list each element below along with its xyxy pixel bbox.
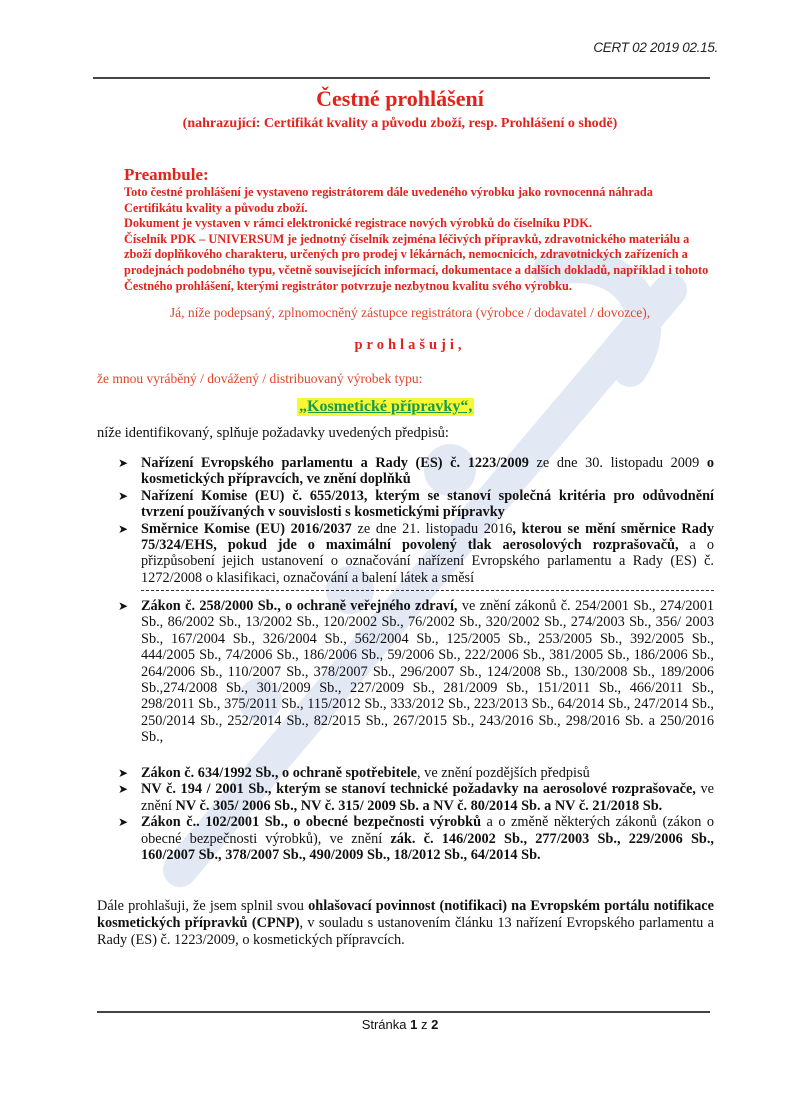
regulation-title: Nařízení Evropského parlamentu a Rady (E… bbox=[141, 455, 529, 471]
regulation-title: Zákon č. 634/1992 Sb., o ochraně spotřeb… bbox=[141, 765, 417, 781]
document-code: CERT 02 2019 02.15. bbox=[593, 40, 718, 55]
regulations-list-public-health: ➤Zákon č. 258/2000 Sb., o ochraně veřejn… bbox=[118, 598, 714, 746]
document-title: Čestné prohlášení bbox=[0, 86, 800, 112]
dashed-separator bbox=[141, 590, 714, 591]
regulation-item: ➤Nařízení Evropského parlamentu a Rady (… bbox=[118, 455, 714, 488]
page-label: Stránka bbox=[362, 1017, 410, 1032]
regulation-item: ➤Směrnice Komise (EU) 2016/2037 ze dne 2… bbox=[118, 521, 714, 587]
regulation-title: NV č. 305/ 2006 Sb., NV č. 315/ 2009 Sb.… bbox=[176, 798, 663, 814]
product-type: „Kosmetické přípravky“, bbox=[297, 398, 474, 416]
regulation-detail: ze dne 30. listopadu 2009 bbox=[529, 455, 707, 471]
signatory-line: Já, níže podepsaný, zplnomocněný zástupc… bbox=[0, 305, 800, 321]
regulation-item: ➤Zákon č. 258/2000 Sb., o ochraně veřejn… bbox=[118, 598, 714, 746]
arrow-right-icon: ➤ bbox=[118, 598, 128, 614]
preamble-paragraph: Dokument je vystaven v rámci elektronick… bbox=[124, 216, 714, 232]
preamble-paragraph: Toto čestné prohlášení je vystaveno regi… bbox=[124, 185, 714, 216]
footer-rule bbox=[97, 1011, 710, 1013]
cpnp-declaration: Dále prohlašuji, že jsem splnil svou ohl… bbox=[97, 898, 714, 949]
cpnp-text: Dále prohlašuji, že jsem splnil svou bbox=[97, 898, 308, 914]
regulation-title: NV č. 194 / 2001 Sb., kterým se stanoví … bbox=[141, 781, 696, 797]
regulation-detail: ve znění zákonů č. 254/2001 Sb., 274/200… bbox=[141, 598, 714, 745]
arrow-right-icon: ➤ bbox=[118, 455, 128, 471]
regulation-title: Nařízení Komise (EU) č. 655/2013, kterým… bbox=[141, 488, 714, 520]
page-of: z bbox=[417, 1017, 431, 1032]
product-origin-line: že mnou vyráběný / dovážený / distribuov… bbox=[97, 371, 422, 387]
regulation-title: Směrnice Komise (EU) 2016/2037 bbox=[141, 521, 352, 537]
arrow-right-icon: ➤ bbox=[118, 814, 128, 830]
regulation-title: Zákon č.. 102/2001 Sb., o obecné bezpečn… bbox=[141, 814, 481, 830]
preamble-text: Toto čestné prohlášení je vystaveno regi… bbox=[124, 185, 714, 294]
arrow-right-icon: ➤ bbox=[118, 765, 128, 781]
preamble-heading: Preambule: bbox=[124, 165, 209, 185]
regulations-list-eu: ➤Nařízení Evropského parlamentu a Rady (… bbox=[118, 455, 714, 586]
header-rule bbox=[93, 77, 710, 79]
page-number: Stránka 1 z 2 bbox=[0, 1017, 800, 1032]
preamble-paragraph: Číselník PDK – UNIVERSUM je jednotný čís… bbox=[124, 232, 714, 294]
regulations-list-consumer: ➤Zákon č. 634/1992 Sb., o ochraně spotře… bbox=[118, 765, 714, 863]
requirements-intro: níže identifikovaný, splňuje požadavky u… bbox=[97, 425, 449, 442]
regulation-item: ➤Zákon č.. 102/2001 Sb., o obecné bezpeč… bbox=[118, 814, 714, 863]
regulation-title: Zákon č. 258/2000 Sb., o ochraně veřejné… bbox=[141, 598, 458, 614]
document-subtitle: (nahrazující: Certifikát kvality a původ… bbox=[0, 116, 800, 132]
regulation-detail: , ve znění pozdějších předpisů bbox=[417, 765, 590, 781]
regulation-item: ➤NV č. 194 / 2001 Sb., kterým se stanoví… bbox=[118, 781, 714, 814]
declare-heading: prohlašuji, bbox=[0, 337, 800, 354]
arrow-right-icon: ➤ bbox=[118, 488, 128, 504]
regulation-item: ➤Nařízení Komise (EU) č. 655/2013, který… bbox=[118, 488, 714, 521]
regulation-detail: ze dne 21. listopadu 2016 bbox=[352, 521, 513, 537]
arrow-right-icon: ➤ bbox=[118, 521, 128, 537]
total-pages: 2 bbox=[431, 1017, 438, 1032]
arrow-right-icon: ➤ bbox=[118, 781, 128, 797]
regulation-item: ➤Zákon č. 634/1992 Sb., o ochraně spotře… bbox=[118, 765, 714, 781]
